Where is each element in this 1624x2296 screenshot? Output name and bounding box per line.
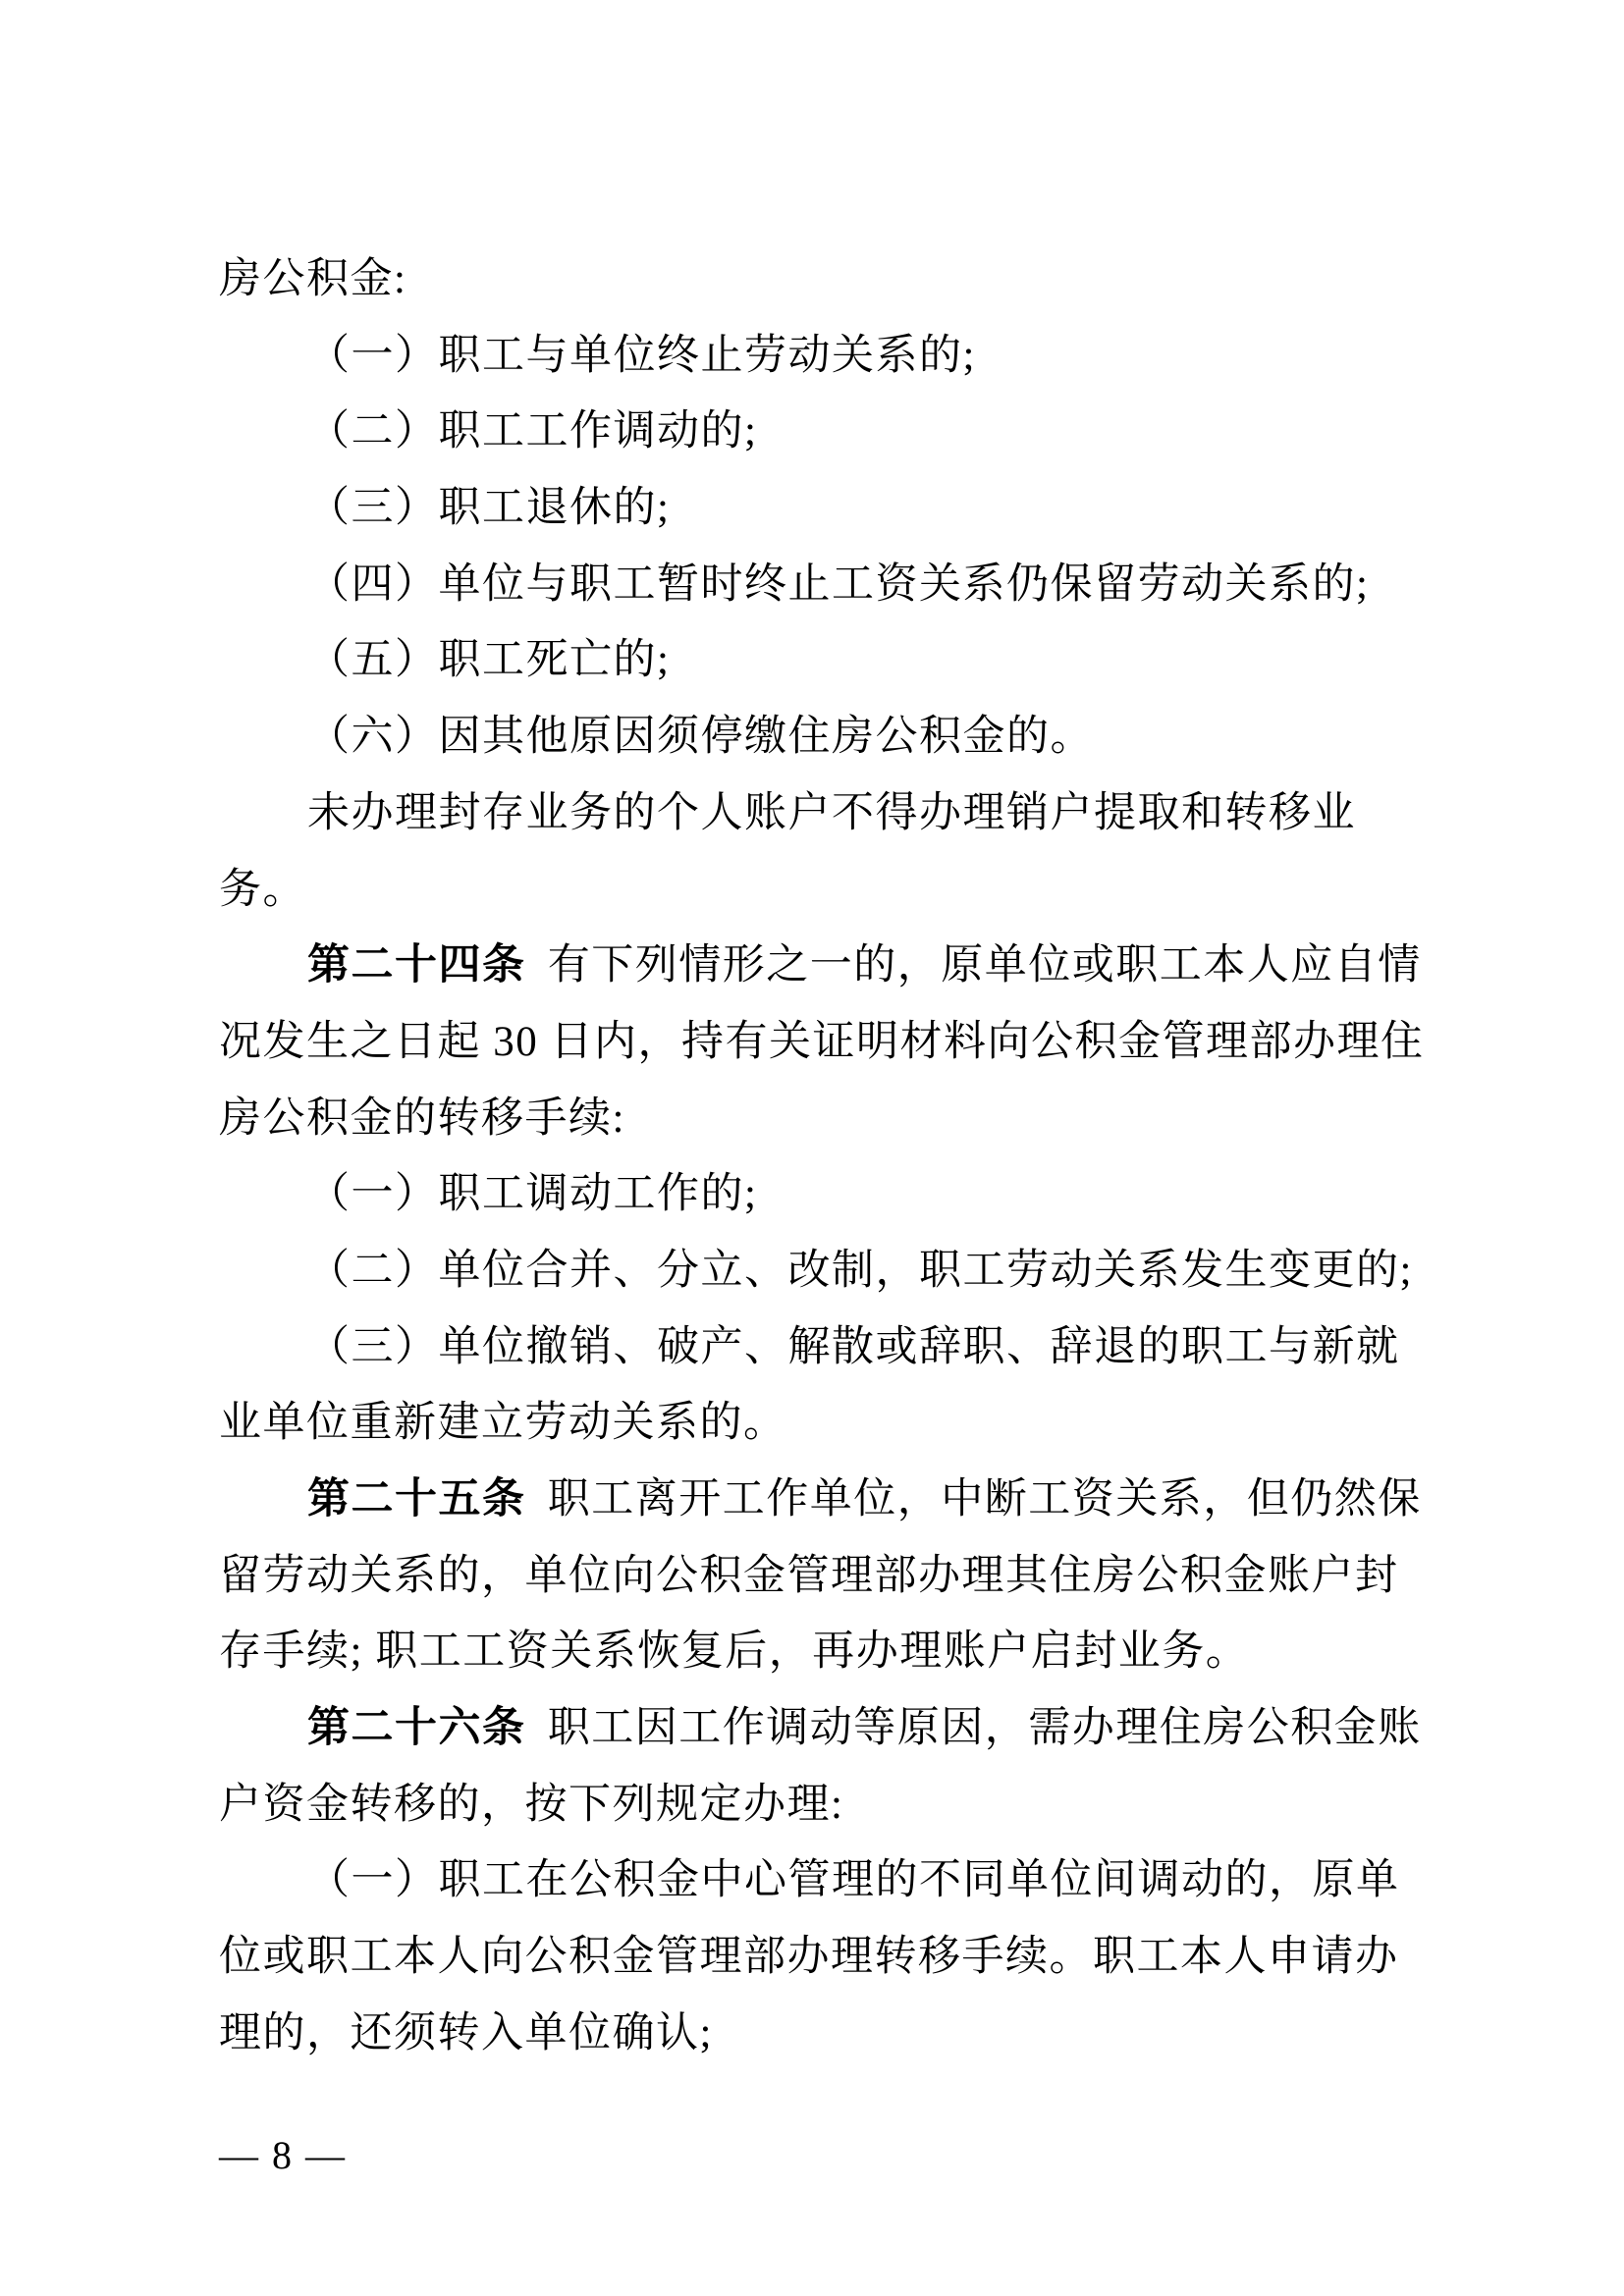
line-text: 职工离开工作单位，中断工资关系，但仍然保 xyxy=(536,1476,1422,1522)
document-line: 房公积金的转移手续: xyxy=(219,1081,1413,1157)
document-page: 房公积金: （一）职工与单位终止劳动关系的; （二）职工工作调动的; （三）职工… xyxy=(0,0,1624,2296)
document-line: （五）职工死亡的; xyxy=(219,622,1413,699)
article-number: 第二十五条 xyxy=(307,1476,526,1522)
line-text: 有下列情形之一的，原单位或职工本人应自情 xyxy=(536,942,1422,988)
document-line: 未办理封存业务的个人账户不得办理销户提取和转移业 xyxy=(219,775,1413,852)
document-line: 户资金转移的，按下列规定办理: xyxy=(219,1767,1413,1843)
document-line: 存手续; 职工工资关系恢复后，再办理账户启封业务。 xyxy=(219,1614,1413,1690)
text-block: 房公积金: （一）职工与单位终止劳动关系的; （二）职工工作调动的; （三）职工… xyxy=(219,241,1413,2072)
document-line: 位或职工本人向公积金管理部办理转移手续。职工本人申请办 xyxy=(219,1919,1413,1996)
document-line: （二）单位合并、分立、改制，职工劳动关系发生变更的; xyxy=(219,1233,1413,1309)
document-line: 业单位重新建立劳动关系的。 xyxy=(219,1385,1413,1462)
document-line: 第二十六条 职工因工作调动等原因，需办理住房公积金账 xyxy=(219,1690,1413,1767)
article-number: 第二十六条 xyxy=(307,1705,526,1751)
document-line: 留劳动关系的，单位向公积金管理部办理其住房公积金账户封 xyxy=(219,1538,1413,1615)
document-line: 务。 xyxy=(219,852,1413,929)
page-number: — 8 — xyxy=(219,2126,347,2185)
document-line: 房公积金: xyxy=(219,241,1413,318)
document-line: （三）单位撤销、破产、解散或辞职、辞退的职工与新就 xyxy=(219,1309,1413,1386)
document-line: （一）职工与单位终止劳动关系的; xyxy=(219,318,1413,395)
document-line: 第二十五条 职工离开工作单位，中断工资关系，但仍然保 xyxy=(219,1462,1413,1538)
document-line: 第二十四条 有下列情形之一的，原单位或职工本人应自情 xyxy=(219,928,1413,1004)
document-line: （一）职工调动工作的; xyxy=(219,1156,1413,1233)
document-line: （三）职工退休的; xyxy=(219,470,1413,547)
line-text: 职工因工作调动等原因，需办理住房公积金账 xyxy=(536,1705,1422,1751)
article-number: 第二十四条 xyxy=(307,942,526,988)
document-line: （六）因其他原因须停缴住房公积金的。 xyxy=(219,699,1413,775)
document-line: 理的，还须转入单位确认; xyxy=(219,1996,1413,2072)
document-line: （四）单位与职工暂时终止工资关系仍保留劳动关系的; xyxy=(219,547,1413,623)
document-line: （二）职工工作调动的; xyxy=(219,394,1413,470)
document-line: 况发生之日起 30 日内，持有关证明材料向公积金管理部办理住 xyxy=(219,1004,1413,1081)
document-line: （一）职工在公积金中心管理的不同单位间调动的，原单 xyxy=(219,1842,1413,1919)
